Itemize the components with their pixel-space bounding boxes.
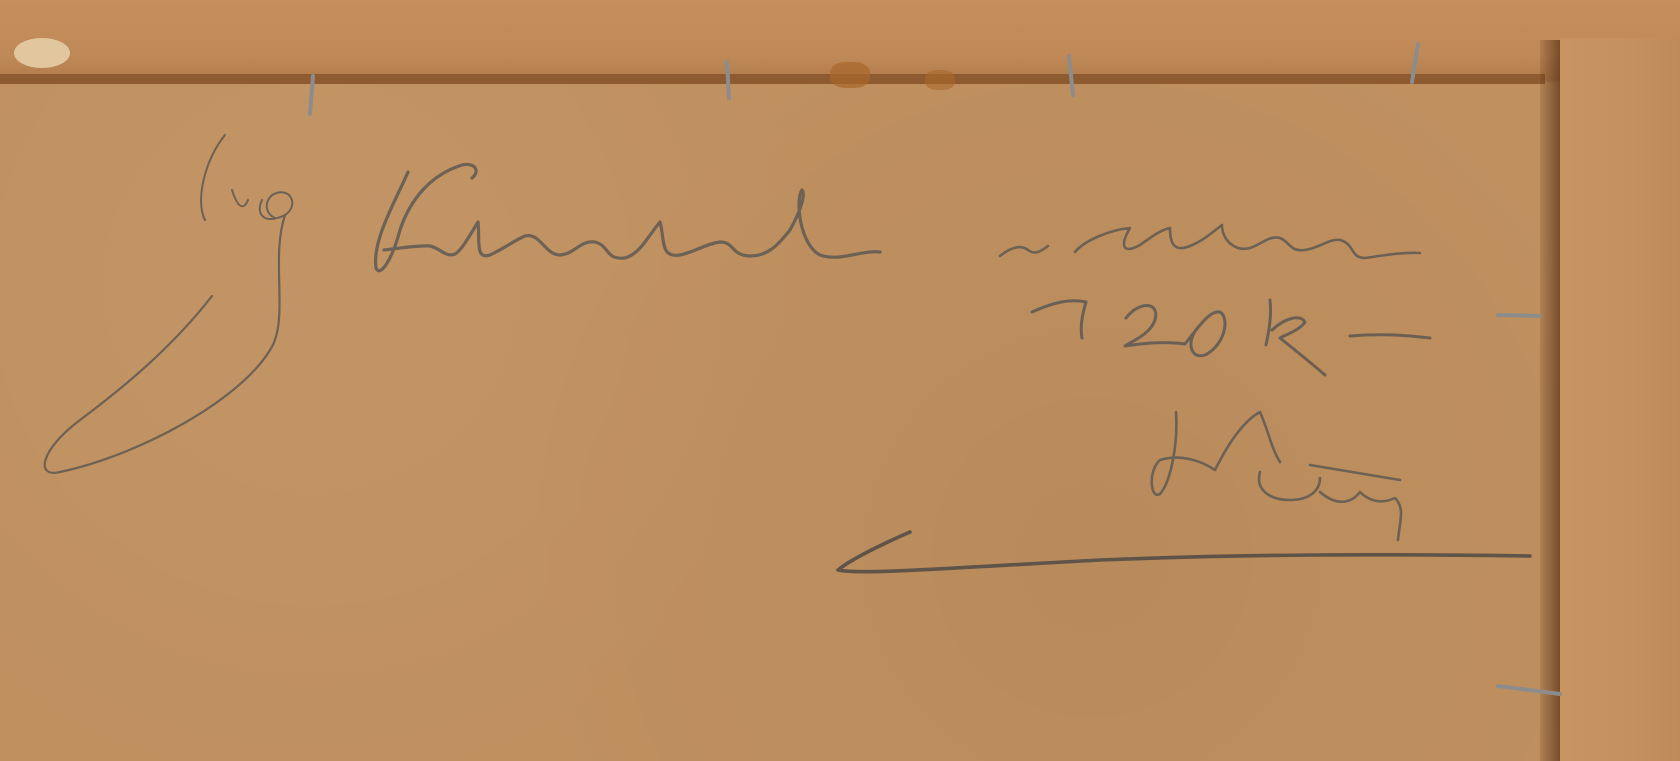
title-word-2-stroke: [1000, 225, 1420, 258]
nail-icon: [310, 76, 313, 114]
nail-icon: [1498, 315, 1540, 316]
nail-icon: [1498, 686, 1560, 694]
title-word-1-stroke: [376, 164, 880, 270]
artwork-back-photo: Orig. Valanok v Muškeci 120 Kč – Hrčvy: [0, 0, 1680, 761]
nails: [310, 44, 1560, 694]
pencil-inscriptions: [0, 0, 1680, 761]
underline-stroke: [838, 532, 1530, 572]
signature-stroke: [1152, 412, 1401, 540]
nail-icon: [1069, 56, 1073, 95]
price-stroke: [1032, 300, 1430, 375]
nail-icon: [727, 62, 729, 98]
left-loop-stroke: [45, 215, 285, 473]
nail-icon: [1412, 44, 1418, 82]
orig-prefix-stroke: [201, 135, 292, 220]
